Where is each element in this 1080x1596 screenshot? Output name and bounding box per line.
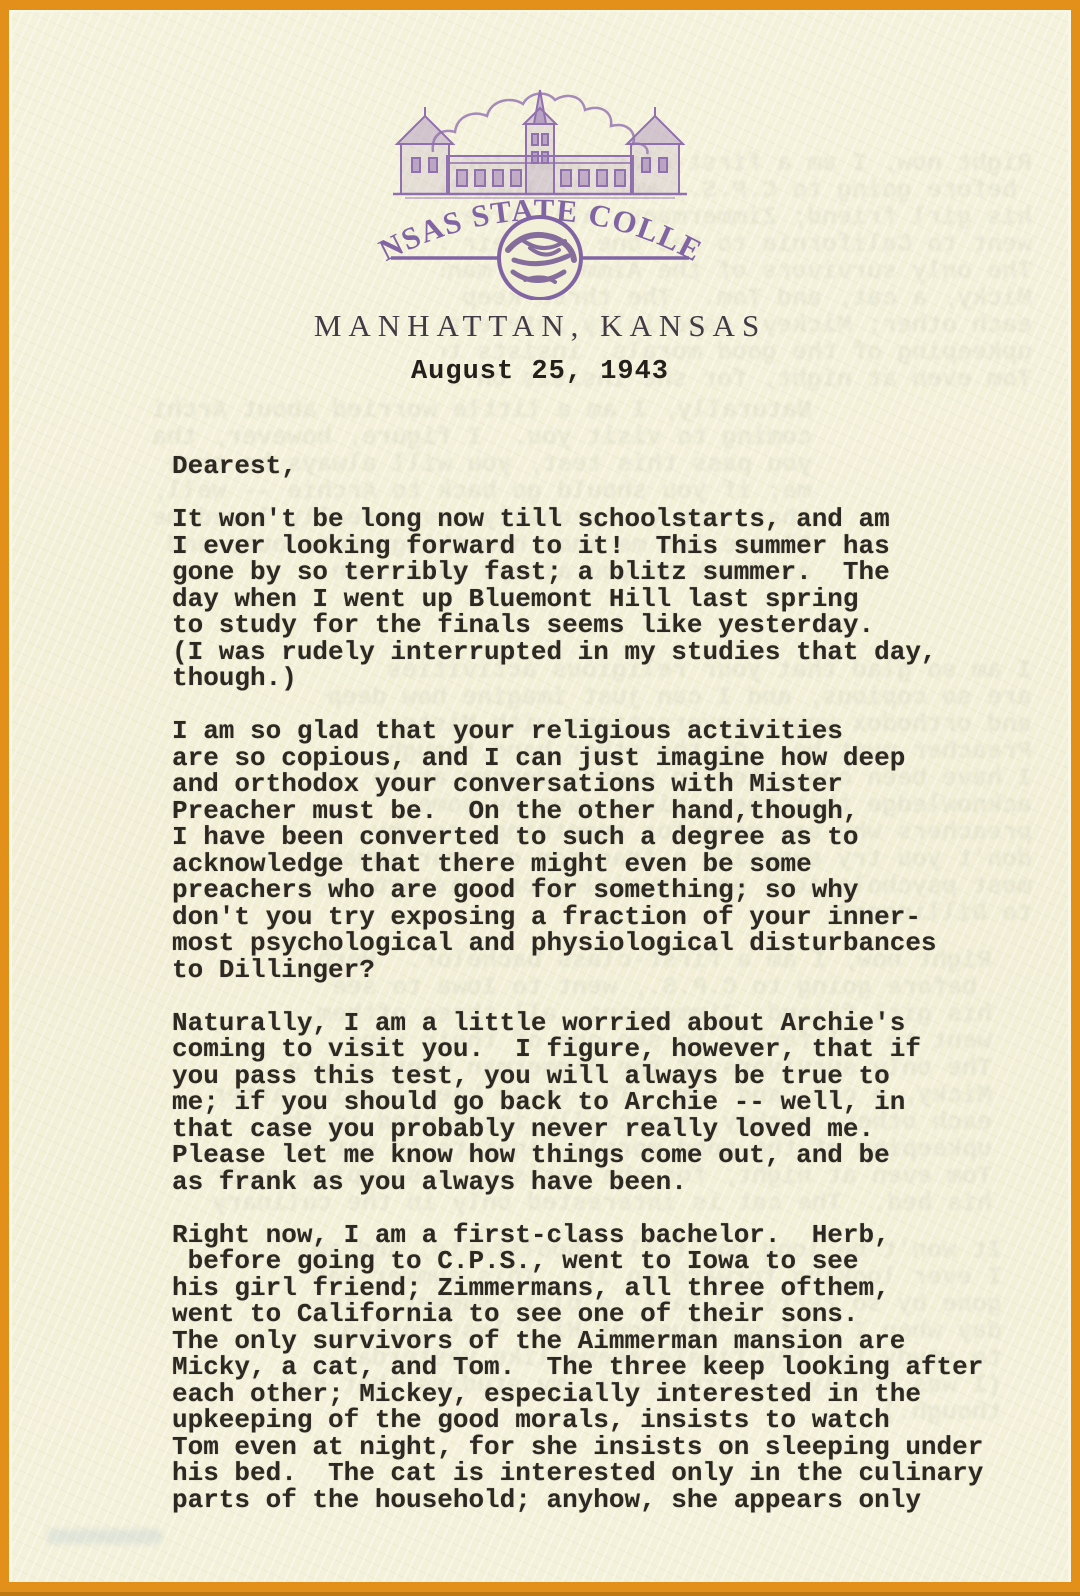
salutation: Dearest, xyxy=(172,453,1038,480)
letter-body: Dearest, It won't be long now till schoo… xyxy=(172,453,1038,1513)
paragraph: Right now, I am a first-class bachelor. … xyxy=(172,1222,1038,1514)
college-stamp-icon: KANSAS STATE COLLEGE xyxy=(375,88,705,300)
globe-seal-icon xyxy=(499,217,581,299)
paragraph: Naturally, I am a little worried about A… xyxy=(172,1010,1038,1196)
paragraph: It won't be long now till schoolstarts, … xyxy=(172,506,1038,692)
scan-border: Right now, I am a first-class bachelor. … xyxy=(0,0,1080,1596)
paragraph: I am so glad that your religious activit… xyxy=(172,718,1038,983)
letterhead: KANSAS STATE COLLEGE MANHATTAN, KANSAS xyxy=(12,12,1068,387)
college-location: MANHATTAN, KANSAS xyxy=(314,308,766,344)
letter-date: August 25, 1943 xyxy=(411,357,669,387)
faint-watermark xyxy=(47,1529,162,1544)
building-illustration xyxy=(393,90,687,198)
letter-page: Right now, I am a first-class bachelor. … xyxy=(9,10,1071,1582)
